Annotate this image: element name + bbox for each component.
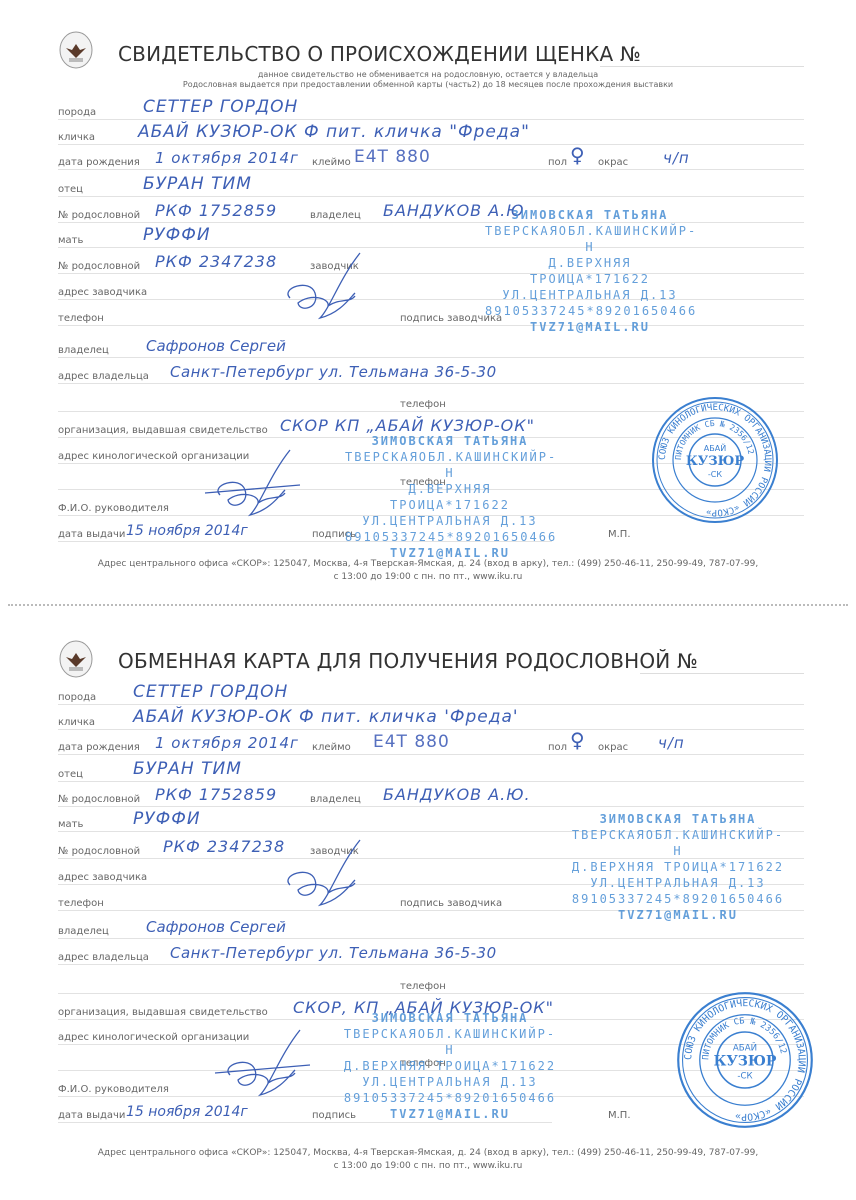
field-father: отец БУРАН ТИМ [58, 758, 804, 782]
label-owner: владелец [58, 345, 109, 356]
field-father-pedigree: № родословной РКФ 1752859 владелец БАНДУ… [58, 783, 804, 807]
breeder-stamp: ЗИМОВСКАЯ ТАТЬЯНА ТВЕРСКАЯОБЛ.КАШИНСКИЙР… [568, 811, 788, 923]
value-color: ч/п [663, 149, 690, 167]
label-brand: клеймо [312, 157, 351, 168]
value-issue-date: 15 ноября 2014г [126, 1104, 248, 1120]
label-sex: пол [548, 157, 567, 168]
value-father-owner: БАНДУКОВ А.Ю. [383, 785, 531, 804]
value-father: БУРАН ТИМ [133, 759, 242, 779]
field-birth-date: дата рождения 1 октября 2014г клеймо E4T… [58, 146, 804, 170]
value-breed: СЕТТЕР ГОРДОН [133, 682, 288, 702]
certificate-number-line [600, 66, 804, 67]
label-phone: телефон [58, 313, 104, 324]
svg-text:АБАЙ: АБАЙ [733, 1041, 757, 1053]
value-color: ч/п [658, 734, 685, 752]
field-owner-address: адрес владельца Санкт-Петербург ул. Тель… [58, 941, 804, 965]
label-color: окрас [598, 157, 628, 168]
field-breed: порода СЕТТЕР ГОРДОН [58, 681, 804, 705]
certificate-title: СВИДЕТЕЛЬСТВО О ПРОИСХОЖДЕНИИ ЩЕНКА № [118, 42, 641, 66]
value-mother-pedigree: РКФ 2347238 [155, 252, 277, 271]
value-mother-pedigree: РКФ 2347238 [163, 837, 285, 856]
label-breed: порода [58, 107, 96, 118]
value-father-pedigree: РКФ 1752859 [155, 785, 277, 804]
svg-text:АБАЙ: АБАЙ [704, 442, 726, 453]
svg-text:КУЗЮР: КУЗЮР [686, 454, 744, 469]
exchange-number-line [640, 673, 804, 674]
value-brand: E4T 880 [373, 732, 450, 752]
head-signature [200, 445, 320, 525]
value-mother: РУФФИ [133, 809, 201, 829]
value-father-pedigree: РКФ 1752859 [155, 201, 277, 220]
value-owner: Сафронов Сергей [146, 918, 286, 936]
label-pedigree-no-2: № родословной [58, 261, 140, 272]
value-name: АБАЙ КУЗЮР-ОК Ф пит. кличка 'Фреда' [133, 707, 519, 727]
value-name: АБАЙ КУЗЮР-ОК Ф пит. кличка "Фреда" [138, 122, 530, 142]
certificate-note-1: данное свидетельство не обменивается на … [0, 70, 856, 80]
exchange-card-title: ОБМЕННАЯ КАРТА ДЛЯ ПОЛУЧЕНИЯ РОДОСЛОВНОЙ… [118, 649, 698, 673]
value-issue-date: 15 ноября 2014г [126, 523, 248, 539]
field-owner: владелец Сафронов Сергей [58, 334, 804, 358]
office-address: Адрес центрального офиса «СКОР»: 125047,… [0, 1147, 856, 1173]
label-father: отец [58, 184, 83, 195]
label-pedigree-no: № родословной [58, 210, 140, 221]
label-name: кличка [58, 132, 95, 143]
value-owner: Сафронов Сергей [146, 337, 286, 355]
tear-line [8, 604, 848, 606]
certificate-note-2: Родословная выдается при предоставлении … [0, 80, 856, 90]
breeder-signature [270, 248, 390, 328]
label-owner-address: адрес владельца [58, 371, 149, 382]
breeder-signature [270, 835, 390, 915]
value-birth-date: 1 октября 2014г [155, 149, 299, 167]
value-breed: СЕТТЕР ГОРДОН [143, 97, 298, 117]
label-owner-phone: телефон [400, 399, 446, 410]
label-mother: мать [58, 235, 83, 246]
value-sex: ♀ [570, 728, 586, 752]
field-breed: порода СЕТТЕР ГОРДОН [58, 96, 804, 120]
value-father: БУРАН ТИМ [143, 174, 252, 194]
label-birth-date: дата рождения [58, 157, 140, 168]
puppy-certificate: СВИДЕТЕЛЬСТВО О ПРОИСХОЖДЕНИИ ЩЕНКА № да… [0, 0, 856, 600]
value-sex: ♀ [570, 143, 586, 167]
org-stamp: ЗИМОВСКАЯ ТАТЬЯНА ТВЕРСКАЯОБЛ.КАШИНСКИЙР… [340, 1010, 560, 1122]
label-breeder-address: адрес заводчика [58, 287, 147, 298]
label-head-name: Ф.И.О. руководителя [58, 503, 169, 514]
value-brand: E4T 880 [354, 147, 431, 167]
skor-logo-icon [58, 639, 94, 679]
label-issue-date: дата выдачи [58, 529, 125, 540]
office-address: Адрес центрального офиса «СКОР»: 125047,… [0, 558, 856, 584]
org-stamp: ЗИМОВСКАЯ ТАТЬЯНА ТВЕРСКАЯОБЛ.КАШИНСКИЙР… [345, 433, 555, 561]
kennel-seal: СОЮЗ КИНОЛОГИЧЕСКИХ ОРГАНИЗАЦИЙ РОССИИ «… [650, 395, 780, 525]
svg-text:-СК: -СК [737, 1071, 752, 1081]
svg-text:КУЗЮР: КУЗЮР [714, 1053, 777, 1069]
exchange-card: ОБМЕННАЯ КАРТА ДЛЯ ПОЛУЧЕНИЯ РОДОСЛОВНОЙ… [0, 615, 856, 1200]
head-signature [210, 1025, 330, 1105]
field-name: кличка АБАЙ КУЗЮР-ОК Ф пит. кличка "Фред… [58, 121, 804, 145]
kennel-seal: СОЮЗ КИНОЛОГИЧЕСКИХ ОРГАНИЗАЦИЙ РОССИИ «… [675, 990, 815, 1130]
label-seal-place: М.П. [608, 529, 631, 540]
field-owner-address: адрес владельца Санкт-Петербург ул. Тель… [58, 360, 804, 384]
field-birth-date: дата рождения 1 октября 2014г клеймо E4T… [58, 731, 804, 755]
value-birth-date: 1 октября 2014г [155, 734, 299, 752]
value-owner-address: Санкт-Петербург ул. Тельмана 36-5-30 [170, 944, 497, 962]
value-owner-address: Санкт-Петербург ул. Тельмана 36-5-30 [170, 363, 497, 381]
breeder-stamp: ЗИМОВСКАЯ ТАТЬЯНА ТВЕРСКАЯОБЛ.КАШИНСКИЙР… [485, 207, 695, 335]
skor-logo-icon [58, 30, 94, 70]
value-mother: РУФФИ [143, 225, 211, 245]
label-father-owner: владелец [310, 210, 361, 221]
label-org: организация, выдавшая свидетельство [58, 425, 268, 436]
field-name: кличка АБАЙ КУЗЮР-ОК Ф пит. кличка 'Фред… [58, 706, 804, 730]
svg-text:-СК: -СК [708, 470, 722, 479]
field-father: отец БУРАН ТИМ [58, 173, 804, 197]
